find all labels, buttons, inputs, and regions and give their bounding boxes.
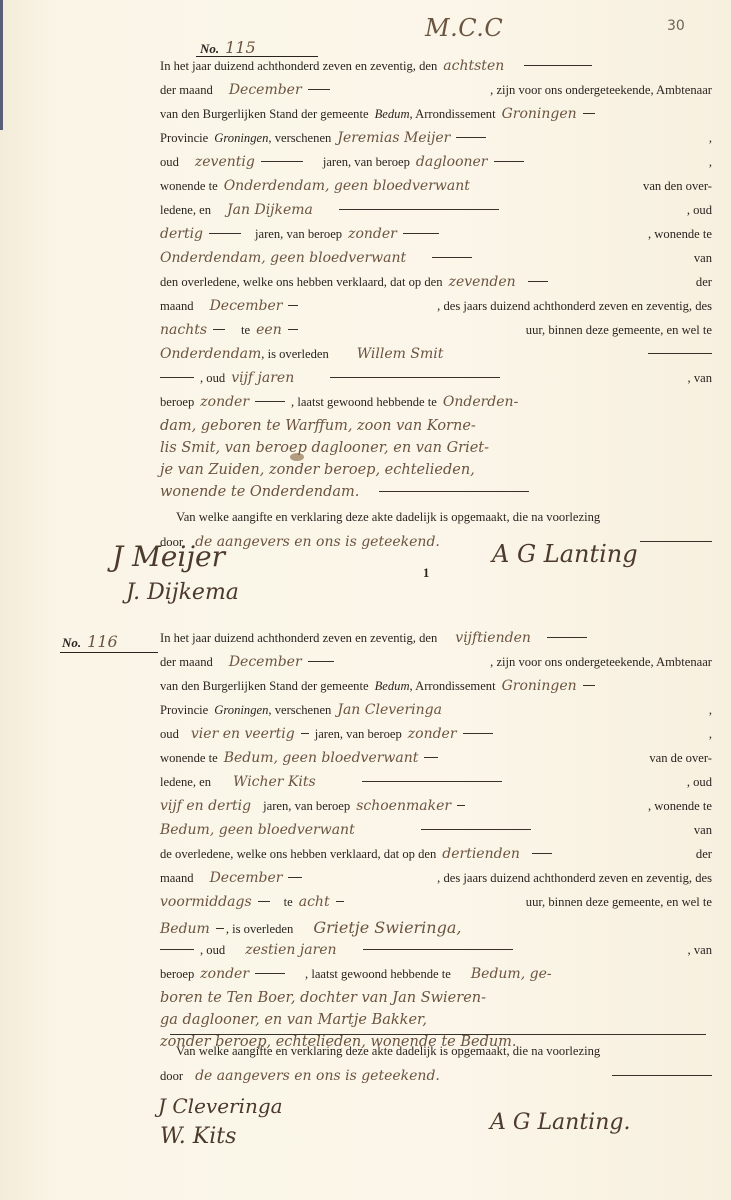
entry-116-line-7: ledene, en Wicher Kits , oud (160, 774, 712, 798)
fill-line (457, 805, 465, 806)
fill-line (301, 733, 309, 734)
handwritten-age: dertig (160, 226, 203, 242)
printed-text: , oud (200, 371, 225, 386)
signature-declarant-1: J Cleveringa (158, 1094, 283, 1118)
handwritten-residence: Onderdendam, geen bloedverwant (224, 178, 470, 194)
printed-text: maand (160, 299, 194, 314)
printed-text: Van welke aangifte en verklaring deze ak… (176, 1044, 600, 1059)
entry-number-115: No.115 (200, 38, 256, 57)
handwritten-deceased-occupation: zonder (200, 394, 249, 410)
page-number: 30 (667, 18, 685, 34)
fill-line (494, 161, 524, 162)
printed-province: Groningen (214, 131, 268, 146)
signature-declarant-2: J. Dijkema (126, 580, 239, 605)
printed-text: maand (160, 871, 194, 886)
fill-line (403, 233, 439, 234)
entry-number-underline (196, 56, 318, 57)
scan-edge (0, 0, 3, 130)
handwritten-death-day: zevenden (449, 274, 516, 290)
fill-line (532, 853, 552, 854)
printed-province: Groningen (214, 703, 268, 718)
printed-text: wonende te (160, 751, 218, 766)
printed-text: , oud (200, 943, 225, 958)
fill-line (209, 233, 241, 234)
printed-text: van den Burgerlijken Stand der gemeente (160, 107, 369, 122)
entry-115-continuation-4: wonende te Onderdendam. (160, 484, 359, 500)
printed-text: uur, binnen deze gemeente, en wel te (526, 323, 712, 338)
printed-text: den overledene, welke ons hebben verklaa… (160, 275, 443, 290)
printed-text: , is overleden (226, 922, 294, 937)
fill-line (612, 1075, 712, 1076)
entry-116-line-2: der maand December , zijn voor ons onder… (160, 654, 712, 678)
printed-text: Provincie (160, 703, 208, 718)
entry-115-continuation-3: je van Zuiden, zonder beroep, echteliede… (160, 462, 712, 486)
handwritten-occupation: daglooner (416, 154, 488, 170)
fill-line (456, 137, 486, 138)
printed-text: der maand (160, 655, 213, 670)
handwritten-declarant-1: Jan Cleveringa (337, 702, 442, 718)
fill-line (255, 973, 285, 974)
handwritten-age: vier en veertig (191, 726, 295, 742)
signature-declarant-2: W. Kits (160, 1124, 236, 1149)
fill-line (261, 161, 303, 162)
printed-text: , Arrondissement (410, 107, 496, 122)
printed-municipality: Bedum (375, 107, 410, 122)
handwritten-month: December (229, 82, 302, 98)
printed-text: , (709, 703, 712, 718)
entry-116-closing-1: Van welke aangifte en verklaring deze ak… (176, 1044, 712, 1068)
printed-text: de overledene, welke ons hebben verklaar… (160, 847, 436, 862)
fill-line (583, 113, 595, 114)
printed-text: te (284, 895, 293, 910)
fill-line (288, 877, 302, 878)
printed-text: van den over- (643, 179, 712, 194)
entry-115-continuation-2: lis Smit, van beroep daglooner, en van G… (160, 440, 712, 464)
printed-text: Provincie (160, 131, 208, 146)
printed-text: Van welke aangifte en verklaring deze ak… (176, 510, 600, 525)
entry-115-line-5: oud zeventig jaren, van beroep daglooner… (160, 154, 712, 178)
handwritten-closing: de aangevers en ons is geteekend. (195, 1068, 440, 1084)
fill-line (524, 65, 592, 66)
handwritten-death-day: dertienden (442, 846, 520, 862)
handwritten-occupation: schoenmaker (356, 798, 451, 814)
handwritten-last-residence: Bedum, ge- (471, 966, 552, 982)
ink-blot (290, 453, 304, 461)
printed-municipality: Bedum (375, 679, 410, 694)
handwritten-hour: een (256, 322, 282, 338)
entry-115-line-7: ledene, en Jan Dijkema , oud (160, 202, 712, 226)
printed-text: van de over- (649, 751, 712, 766)
entry-115-line-3: van den Burgerlijken Stand der gemeente … (160, 106, 712, 130)
printed-text: ledene, en (160, 775, 211, 790)
fill-line (648, 353, 712, 354)
handwritten-deceased-name: Willem Smit (357, 346, 444, 362)
fill-line (216, 928, 224, 929)
fill-line (288, 329, 298, 330)
handwritten-residence: Bedum, geen bloedverwant (224, 750, 419, 766)
fill-line (336, 901, 344, 902)
handwritten-deceased-name: Grietje Swieringa, (313, 918, 461, 937)
handwritten-occupation: zonder (348, 226, 397, 242)
handwritten-day: achtsten (443, 58, 504, 74)
handwritten-closing: de aangevers en ons is geteekend. (195, 534, 440, 550)
printed-text: In het jaar duizend achthonderd zeven en… (160, 59, 437, 74)
printed-text: , laatst gewoond hebbende te (305, 967, 451, 982)
printed-text: der (696, 275, 712, 290)
handwritten-residence: Bedum, geen bloedverwant (160, 822, 355, 838)
header-mark: M.C.C (425, 14, 503, 42)
entry-115-continuation-4-row: wonende te Onderdendam. (160, 484, 712, 508)
section-divider (170, 1034, 706, 1035)
fill-line (640, 541, 712, 542)
entry-116-line-15: beroep zonder , laatst gewoond hebbende … (160, 966, 712, 990)
printed-text: , zijn voor ons ondergeteekende, Ambtena… (490, 83, 712, 98)
printed-text: , is overleden (261, 347, 329, 362)
fill-line (255, 401, 285, 402)
handwritten-residence: Onderdendam, geen bloedverwant (160, 250, 406, 266)
fill-line (363, 949, 513, 950)
printed-text: uur, binnen deze gemeente, en wel te (526, 895, 712, 910)
printed-text: , oud (687, 203, 712, 218)
fill-line (424, 757, 438, 758)
printed-text: van (694, 823, 712, 838)
printed-text: , verschenen (268, 703, 331, 718)
entry-number-label: No. (62, 635, 81, 650)
handwritten-declarant-2: Wicher Kits (233, 774, 316, 790)
entry-116-line-12: voormiddags te acht uur, binnen deze gem… (160, 894, 712, 918)
fill-line (308, 89, 330, 90)
handwritten-hour: acht (299, 894, 330, 910)
entry-116-line-14: , oud zestien jaren , van (160, 942, 712, 966)
handwritten-declarant-1: Jeremias Meijer (337, 130, 450, 146)
fill-line (330, 377, 500, 378)
printed-text: der (696, 847, 712, 862)
fill-line (339, 209, 499, 210)
handwritten-age: vijf en dertig (160, 798, 251, 814)
handwritten-district: Groningen (502, 678, 577, 694)
entry-116-line-11: maand December , des jaars duizend achth… (160, 870, 712, 894)
handwritten-time-of-day: nachts (160, 322, 207, 338)
printed-text: , laatst gewoond hebbende te (291, 395, 437, 410)
handwritten-death-month: December (210, 870, 283, 886)
fill-line (547, 637, 587, 638)
printed-text: , zijn voor ons ondergeteekende, Ambtena… (490, 655, 712, 670)
entry-115-line-9: Onderdendam, geen bloedverwant van (160, 250, 712, 274)
handwritten-deceased-age: zestien jaren (245, 942, 336, 958)
printed-text: , (709, 131, 712, 146)
entry-116-line-13: Bedum , is overleden Grietje Swieringa, (160, 918, 712, 942)
handwritten-place-of-death: Onderdendam (160, 346, 261, 362)
handwritten-month: December (229, 654, 302, 670)
handwritten-place-of-death: Bedum (160, 921, 210, 937)
entry-115-line-14: , oud vijf jaren , van (160, 370, 712, 394)
signature-official: A G Lanting. (490, 1110, 630, 1135)
entry-115-line-4: Provincie Groningen, verschenen Jeremias… (160, 130, 712, 154)
entry-116-continuation-1: boren te Ten Boer, dochter van Jan Swier… (160, 990, 712, 1014)
entry-115-line-13: Onderdendam, is overleden Willem Smit (160, 346, 712, 370)
fill-line (160, 377, 194, 378)
entry-number-value: 115 (225, 38, 256, 57)
folio-mark: 1 (423, 566, 429, 581)
entry-116-line-1: In het jaar duizend achthonderd zeven en… (160, 630, 712, 654)
entry-115-line-12: nachts te een uur, binnen deze gemeente,… (160, 322, 712, 346)
handwritten-age: zeventig (195, 154, 255, 170)
entry-116-line-4: Provincie Groningen, verschenen Jan Clev… (160, 702, 712, 726)
entry-116-line-10: de overledene, welke ons hebben verklaar… (160, 846, 712, 870)
printed-text: , van (688, 371, 712, 386)
handwritten-district: Groningen (502, 106, 577, 122)
printed-text: , Arrondissement (410, 679, 496, 694)
fill-line (258, 901, 270, 902)
printed-text: In het jaar duizend achthonderd zeven en… (160, 631, 437, 646)
printed-text: jaren, van beroep (263, 799, 350, 814)
entry-115-line-15: beroep zonder , laatst gewoond hebbende … (160, 394, 712, 418)
entry-116-closing-2: door de aangevers en ons is geteekend. (160, 1068, 712, 1092)
printed-text: jaren, van beroep (255, 227, 342, 242)
entry-115-closing-1: Van welke aangifte en verklaring deze ak… (176, 510, 712, 534)
fill-line (160, 949, 194, 950)
printed-text: , (709, 727, 712, 742)
entry-116-continuation-2: ga daglooner, en van Martje Bakker, (160, 1012, 712, 1036)
handwritten-last-residence: Onderden- (443, 394, 518, 410)
printed-text: , wonende te (648, 799, 712, 814)
printed-text: van den Burgerlijken Stand der gemeente (160, 679, 369, 694)
entry-116-line-6: wonende te Bedum, geen bloedverwant van … (160, 750, 712, 774)
fill-line (421, 829, 531, 830)
printed-text: beroep (160, 967, 194, 982)
printed-text: te (241, 323, 250, 338)
handwritten-day: vijftienden (455, 630, 531, 646)
printed-text: jaren, van beroep (323, 155, 410, 170)
printed-text: , verschenen (268, 131, 331, 146)
printed-text: , van (688, 943, 712, 958)
printed-text: ledene, en (160, 203, 211, 218)
printed-text: beroep (160, 395, 194, 410)
printed-text: wonende te (160, 179, 218, 194)
printed-text: oud (160, 155, 179, 170)
printed-text: , wonende te (648, 227, 712, 242)
entry-116-line-3: van den Burgerlijken Stand der gemeente … (160, 678, 712, 702)
entry-116-line-5: oud vier en veertig jaren, van beroep zo… (160, 726, 712, 750)
fill-line (213, 329, 225, 330)
fill-line (288, 305, 298, 306)
printed-text: oud (160, 727, 179, 742)
fill-line (379, 491, 529, 492)
entry-116-line-8: vijf en dertig jaren, van beroep schoenm… (160, 798, 712, 822)
entry-115-line-10: den overledene, welke ons hebben verklaa… (160, 274, 712, 298)
fill-line (463, 733, 493, 734)
printed-text: , oud (687, 775, 712, 790)
entry-115-line-1: In het jaar duizend achthonderd zeven en… (160, 58, 712, 82)
printed-text: jaren, van beroep (315, 727, 402, 742)
printed-text: , des jaars duizend achthonderd zeven en… (437, 299, 712, 314)
entry-number-label: No. (200, 41, 219, 56)
printed-text: van (694, 251, 712, 266)
handwritten-deceased-occupation: zonder (200, 966, 249, 982)
handwritten-death-month: December (210, 298, 283, 314)
handwritten-time-of-day: voormiddags (160, 894, 252, 910)
fill-line (583, 685, 595, 686)
handwritten-declarant-2: Jan Dijkema (227, 202, 313, 218)
entry-number-value: 116 (87, 632, 118, 651)
fill-line (362, 781, 502, 782)
handwritten-occupation: zonder (408, 726, 457, 742)
fill-line (308, 661, 334, 662)
entry-number-116: No.116 (62, 632, 118, 651)
entry-115-line-6: wonende te Onderdendam, geen bloedverwan… (160, 178, 712, 202)
fill-line (432, 257, 472, 258)
handwritten-deceased-age: vijf jaren (231, 370, 294, 386)
printed-text: der maand (160, 83, 213, 98)
entry-115-continuation-1: dam, geboren te Warffum, zoon van Korne- (160, 418, 712, 442)
document-page: M.C.C 30 No.115 In het jaar duizend acht… (0, 0, 731, 1200)
entry-number-underline (60, 652, 158, 653)
entry-115-line-11: maand December , des jaars duizend achth… (160, 298, 712, 322)
signature-declarant-1: J Meijer (112, 540, 225, 573)
entry-116-line-9: Bedum, geen bloedverwant van (160, 822, 712, 846)
entry-115-line-8: dertig jaren, van beroep zonder , wonend… (160, 226, 712, 250)
signature-official: A G Lanting (492, 540, 638, 568)
printed-text: , des jaars duizend achthonderd zeven en… (437, 871, 712, 886)
fill-line (528, 281, 548, 282)
printed-text: , (709, 155, 712, 170)
entry-115-line-2: der maand December , zijn voor ons onder… (160, 82, 712, 106)
printed-text: door (160, 1069, 183, 1084)
